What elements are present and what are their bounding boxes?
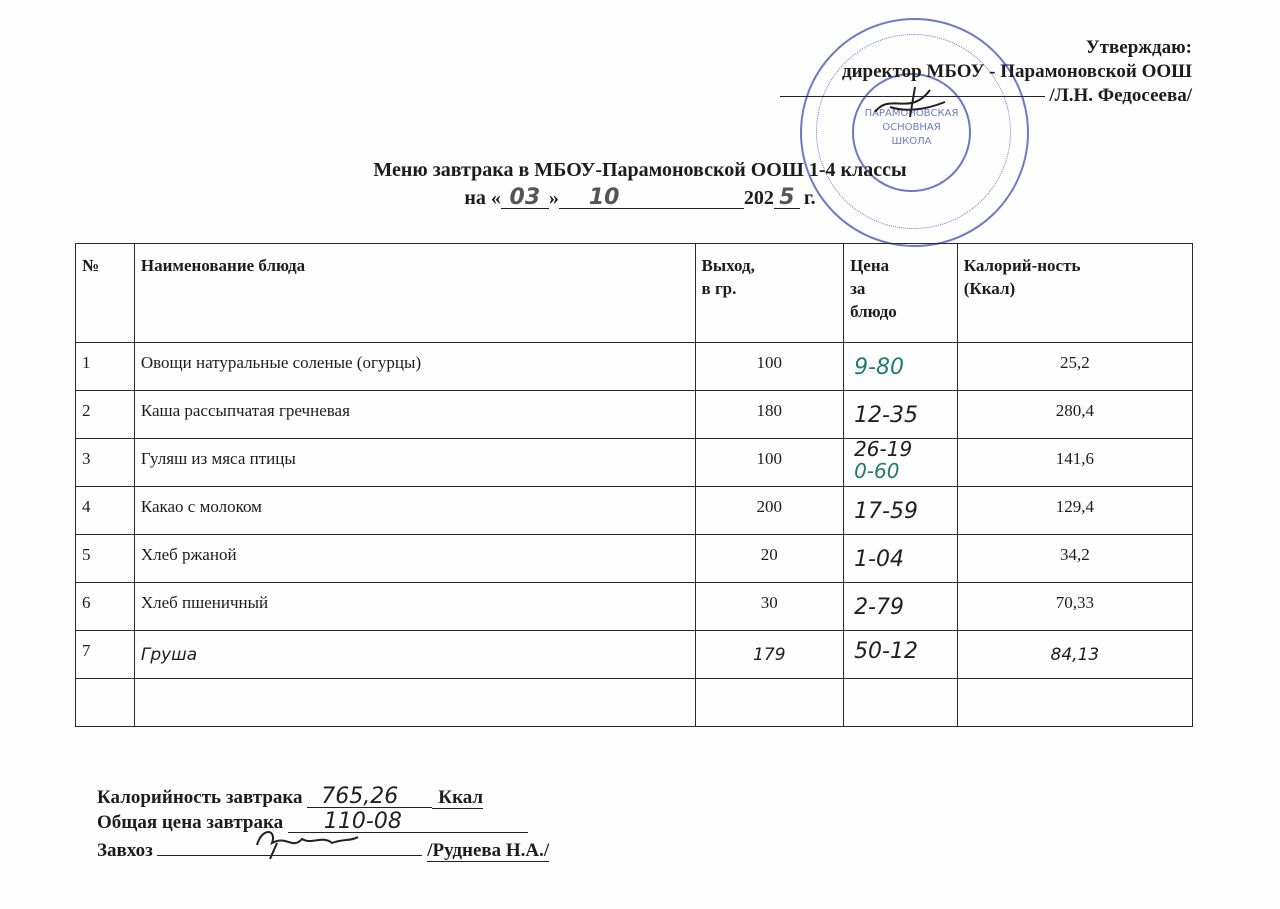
director-signature — [870, 82, 950, 122]
approval-signature-line: /Л.Н. Федосеева/ — [780, 84, 1192, 108]
row-name: Хлеб пшеничный — [134, 583, 695, 631]
row-kcal: 25,2 — [957, 343, 1192, 391]
row-kcal: 280,4 — [957, 391, 1192, 439]
row-price: 26-190-60 — [844, 439, 958, 487]
row-num: 4 — [76, 487, 135, 535]
date-year-suffix: г. — [804, 187, 816, 209]
row-name: Груша — [134, 631, 695, 679]
footer-block: Калорийность завтрака 765,26Ккал Общая ц… — [97, 785, 549, 863]
row-output: 100 — [695, 439, 844, 487]
approval-name: /Л.Н. Федосеева/ — [1049, 85, 1192, 106]
header-kcal: Калорий-ность (Ккал) — [957, 244, 1192, 343]
date-year-prefix: 202 — [744, 187, 774, 209]
header-price-line: блюдо — [850, 300, 951, 323]
row-price: 2-79 — [844, 583, 958, 631]
manager-name: /Руднева Н.А./ — [427, 841, 549, 862]
row-name: Гуляш из мяса птицы — [134, 439, 695, 487]
footer-kcal: Калорийность завтрака 765,26Ккал — [97, 785, 549, 810]
row-price: 17-59 — [844, 487, 958, 535]
price-value: 17-59 — [854, 499, 918, 524]
manager-label: Завхоз — [97, 840, 153, 861]
row-price: 1-04 — [844, 535, 958, 583]
header-price: Цена за блюдо — [844, 244, 958, 343]
row-num: 3 — [76, 439, 135, 487]
table-row: 2Каша рассыпчатая гречневая18012-35280,4 — [76, 391, 1193, 439]
table-row — [76, 679, 1193, 727]
row-kcal: 34,2 — [957, 535, 1192, 583]
row-output — [695, 679, 844, 727]
row-output: 30 — [695, 583, 844, 631]
kcal-total: 765,26 — [307, 787, 432, 808]
row-num — [76, 679, 135, 727]
row-num: 6 — [76, 583, 135, 631]
row-price: 50-12 — [844, 631, 958, 679]
table-row: 3Гуляш из мяса птицы10026-190-60141,6 — [76, 439, 1193, 487]
price-value: 9-80 — [854, 355, 904, 380]
row-price — [844, 679, 958, 727]
date-mid: » — [549, 187, 559, 209]
approval-block: Утверждаю: директор МБОУ - Парамоновской… — [780, 36, 1192, 108]
manager-signature — [252, 825, 362, 861]
header-num: № — [76, 244, 135, 343]
row-kcal — [957, 679, 1192, 727]
table-row: 1Овощи натуральные соленые (огурцы)1009-… — [76, 343, 1193, 391]
menu-table: № Наименование блюда Выход, в гр. Цена з… — [75, 243, 1193, 727]
row-name: Хлеб ржаной — [134, 535, 695, 583]
stamp-text-line: ШКОЛА — [854, 135, 969, 149]
price-value: 2-79 — [854, 595, 904, 620]
row-output: 20 — [695, 535, 844, 583]
header-name: Наименование блюда — [134, 244, 695, 343]
price-value: 50-12 — [854, 639, 918, 664]
price-value: 26-19 — [854, 439, 912, 459]
header-price-line: за — [850, 277, 951, 300]
footer-manager: Завхоз /Руднева Н.А./ — [97, 835, 549, 863]
approval-position: директор МБОУ - Парамоновской ООШ — [780, 60, 1192, 84]
row-num: 2 — [76, 391, 135, 439]
header-kcal-line: (Ккал) — [964, 277, 1186, 300]
kcal-unit: Ккал — [432, 788, 483, 809]
kcal-label: Калорийность завтрака — [97, 787, 303, 808]
row-kcal: 141,6 — [957, 439, 1192, 487]
row-price: 9-80 — [844, 343, 958, 391]
table-header-row: № Наименование блюда Выход, в гр. Цена з… — [76, 244, 1193, 343]
price-value: 12-35 — [854, 403, 918, 428]
table-row: 5Хлеб ржаной201-0434,2 — [76, 535, 1193, 583]
row-output: 200 — [695, 487, 844, 535]
document-date: на «03»102025г. — [0, 186, 1280, 210]
header-output: Выход, в гр. — [695, 244, 844, 343]
date-prefix: на « — [464, 187, 501, 209]
header-price-line: Цена — [850, 254, 951, 277]
table-row: 7Груша17950-1284,13 — [76, 631, 1193, 679]
row-num: 1 — [76, 343, 135, 391]
header-output-line: Выход, — [702, 254, 838, 277]
stamp-text-line: ОСНОВНАЯ — [854, 121, 969, 135]
row-name: Какао с молоком — [134, 487, 695, 535]
manager-signature-line — [157, 835, 422, 856]
row-output: 100 — [695, 343, 844, 391]
price-value: 1-04 — [854, 547, 904, 572]
header-output-line: в гр. — [702, 277, 838, 300]
table-row: 4Какао с молоком20017-59129,4 — [76, 487, 1193, 535]
table-row: 6Хлеб пшеничный302-7970,33 — [76, 583, 1193, 631]
row-output: 180 — [695, 391, 844, 439]
row-name — [134, 679, 695, 727]
row-num: 5 — [76, 535, 135, 583]
date-month: 10 — [559, 188, 744, 209]
row-output: 179 — [695, 631, 844, 679]
date-day: 03 — [501, 188, 549, 209]
row-kcal: 70,33 — [957, 583, 1192, 631]
row-kcal: 129,4 — [957, 487, 1192, 535]
price-extra-value: 0-60 — [854, 461, 899, 481]
document-title: Меню завтрака в МБОУ-Парамоновской ООШ 1… — [0, 158, 1280, 182]
date-year-digit: 5 — [774, 188, 800, 209]
row-price: 12-35 — [844, 391, 958, 439]
approval-heading: Утверждаю: — [780, 36, 1192, 60]
row-name: Каша рассыпчатая гречневая — [134, 391, 695, 439]
row-kcal: 84,13 — [957, 631, 1192, 679]
row-name: Овощи натуральные соленые (огурцы) — [134, 343, 695, 391]
header-kcal-line: Калорий-ность — [964, 254, 1186, 277]
row-num: 7 — [76, 631, 135, 679]
